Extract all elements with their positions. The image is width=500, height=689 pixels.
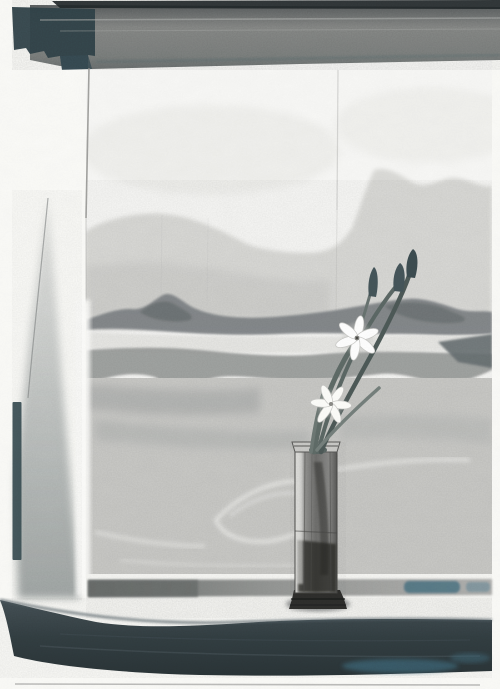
artwork-canvas: Pencil drawing of a flower vase on a win… xyxy=(0,0,500,689)
paper-blotch xyxy=(0,0,500,689)
pencil-drawing: Pencil drawing of a flower vase on a win… xyxy=(0,0,500,689)
